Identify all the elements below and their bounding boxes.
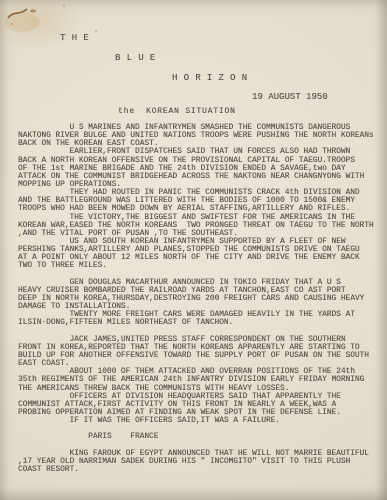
text-line: OF THE 1st MARINE BRIGADE AND THE 24th D… bbox=[18, 165, 374, 173]
text-line: 35th REGIMENTS OF THE AMERICAN 24th INFA… bbox=[18, 376, 374, 384]
masthead-horizon: H O R I Z O N bbox=[172, 73, 247, 83]
text-line: TWO TO THREE MILES. bbox=[18, 262, 374, 270]
text-line: U S MARINES AND INFANTRYMEN SMASHED THE … bbox=[18, 124, 374, 132]
text-line: EAST COAST. bbox=[18, 360, 374, 368]
text-line: COAST RESORT. bbox=[18, 466, 374, 474]
text-line: BUILD UP FOR ANOTHER OFFENSIVE TOWARD TH… bbox=[18, 352, 374, 360]
text-line: MOPPING UP OPERATIONS. bbox=[18, 181, 374, 189]
text-line: JACK JAMES,UNITED PRESS STAFF CORRESPOND… bbox=[18, 336, 374, 344]
text-line: US AND SOUTH KOREAN INFANTRYMEN SUPPORTE… bbox=[18, 238, 374, 246]
masthead-blue: B L U E bbox=[115, 53, 156, 63]
text-line: BACK A NORTH KOREAN OFFENSIVE ON THE PRO… bbox=[18, 157, 374, 165]
text-line bbox=[18, 271, 374, 279]
text-line: THE VICTORY,THE BIGGEST AND SWIFTEST FOR… bbox=[18, 214, 374, 222]
text-line: COMMUNIST ATTACK,FIRST ACTIVITY ON THIS … bbox=[18, 401, 374, 409]
text-line: THE AMERICANS THREW BACK THE COMMUNISTS … bbox=[18, 385, 374, 393]
text-line: GEN DOUGLAS MACARTHUR ANNOUNCED IN TOKIO… bbox=[18, 279, 374, 287]
text-line bbox=[18, 441, 374, 449]
issue-date: 19 AUGUST 1950 bbox=[252, 92, 328, 102]
text-line: KOREAN WAR,EASED THE NORTH KOREANS TWO P… bbox=[18, 222, 374, 230]
document-body: U S MARINES AND INFANTRYMEN SMASHED THE … bbox=[18, 124, 374, 474]
scanned-document-page: T H E B L U E H O R I Z O N 19 AUGUST 19… bbox=[0, 0, 387, 500]
text-line: IF IT WAS THE OFFICERS SAID,IT WAS A FAI… bbox=[18, 417, 374, 425]
text-line: DAMAGE TO INSTALLATIONS. bbox=[18, 303, 374, 311]
paper-stain-icon bbox=[0, 0, 130, 60]
text-line: ,AND THE VITAL PORT OF PUSAN ,TO THE SOU… bbox=[18, 230, 374, 238]
text-line: ,17 YEAR OLD NARRIMAN SADEK DURING HIS "… bbox=[18, 458, 374, 466]
text-line: PARIS FRANCE bbox=[18, 433, 374, 441]
text-line: FRONT IN KOREA,REPORTED THAT THE NORTH K… bbox=[18, 344, 374, 352]
text-line: ILSIN-DONG,FIFTEEN MILES NORTHEAST OF TA… bbox=[18, 319, 374, 327]
text-line: TROOPS WHO HAD BEEN MOWED DOWN BY AERIAL… bbox=[18, 205, 374, 213]
article-heading: the KOREAN SITUATION bbox=[118, 107, 236, 116]
masthead-the: T H E bbox=[60, 33, 89, 43]
text-line: ATTACK ON THE COMMUNIST BRIDGEHEAD ACROS… bbox=[18, 173, 374, 181]
text-line: KING FAROUK OF EGYPT ANNOUNCED THAT HE W… bbox=[18, 450, 374, 458]
text-line: OFFICERS AT DIVISION HEADQUARTERS SAID T… bbox=[18, 393, 374, 401]
text-line: HEAVY CRUISER BOMBARDED THE RAILROAD YAR… bbox=[18, 287, 374, 295]
text-line: EARLIER,FRONT DISPATCHES SAID THAT UN FO… bbox=[18, 148, 374, 156]
text-line: DEEP IN NORTH KOREA,THURSDAY,DESTROYING … bbox=[18, 295, 374, 303]
text-line bbox=[18, 328, 374, 336]
text-line: PROBING OPPERATION AIMED AT FINDING AN W… bbox=[18, 409, 374, 417]
